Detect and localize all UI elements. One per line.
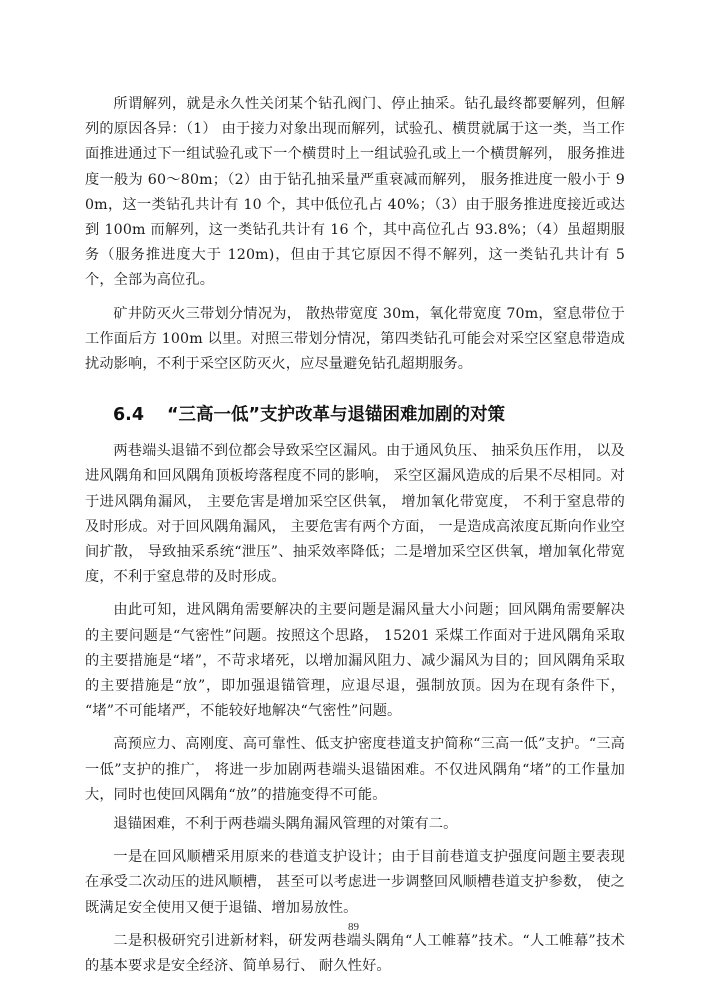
paragraph-countermeasure-two: 二是积极研究引进新材料，研发两巷端头隅角“人工帷幕”技术。“人工帷幕”技术的基本…: [85, 929, 625, 979]
paragraph-fire-zones: 矿井防灭火三带划分情况为， 散热带宽度 30m，氧化带宽度 70m，窒息带位于工…: [85, 302, 625, 378]
paragraph-countermeasure-one: 一是在回风顺槽采用原来的巷道支护设计；由于目前巷道支护强度问题主要表现在承受二次…: [85, 845, 625, 921]
page-number: 89: [0, 921, 707, 933]
paragraph-countermeasures-intro: 退锚困难，不利于两巷端头隅角漏风管理的对策有二。: [85, 812, 625, 837]
paragraph-decommissioning-reasons: 所谓解列，就是永久性关闭某个钻孔阀门、停止抽采。钻孔最终都要解列，但解列的原因各…: [85, 92, 625, 294]
paragraph-three-high-one-low: 高预应力、高刚度、高可靠性、低支护密度巷道支护简称“三高一低”支护。“三高一低”…: [85, 732, 625, 808]
section-number: 6.4: [113, 403, 167, 427]
document-page: 所谓解列，就是永久性关闭某个钻孔阀门、停止抽采。钻孔最终都要解列，但解列的原因各…: [85, 92, 625, 979]
section-heading: 6.4“三高一低”支护改革与退锚困难加剧的对策: [85, 403, 625, 427]
paragraph-air-leakage: 两巷端头退锚不到位都会导致采空区漏风。由于通风负压、 抽采负压作用， 以及进风隅…: [85, 439, 625, 590]
section-title: “三高一低”支护改革与退锚困难加剧的对策: [167, 405, 505, 425]
paragraph-corner-measures: 由此可知，进风隅角需要解决的主要问题是漏风量大小问题；回风隅角需要解决的主要问题…: [85, 598, 625, 724]
